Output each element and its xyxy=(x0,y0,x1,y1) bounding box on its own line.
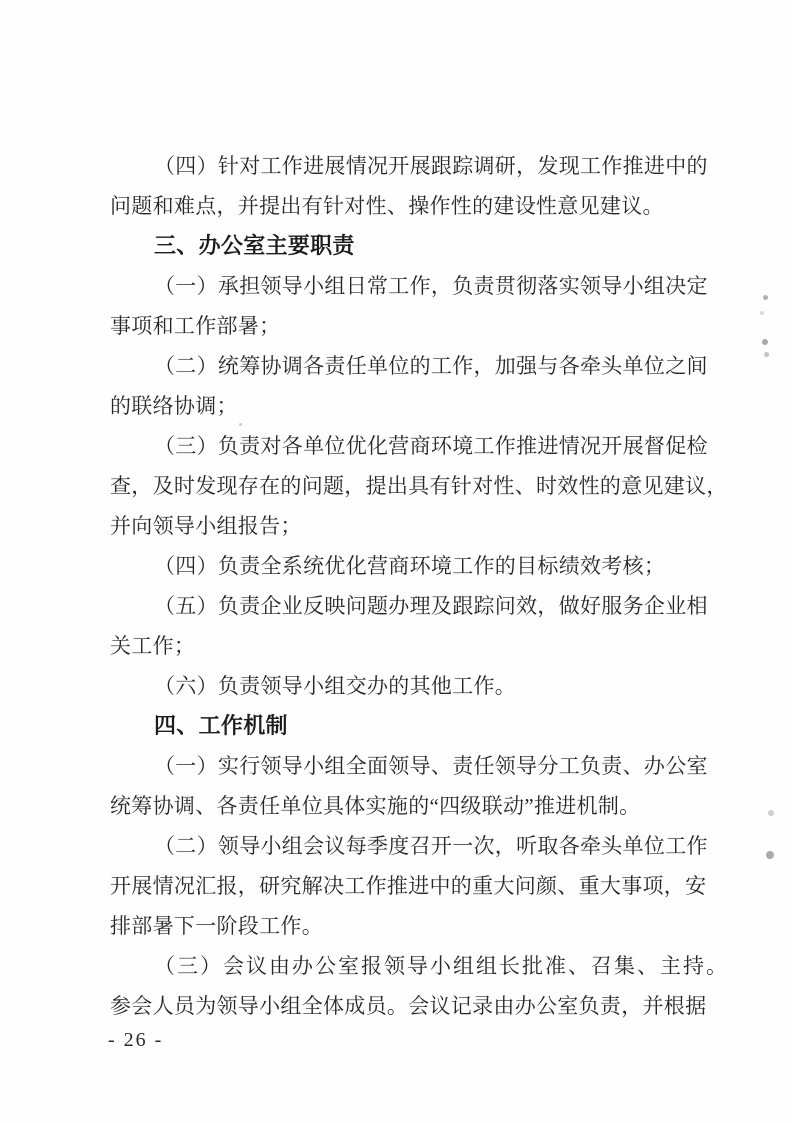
text-line: 统筹协调、各责任单位具体实施的“四级联动”推进机制。 xyxy=(110,786,710,826)
section-heading: 三、办公室主要职责 xyxy=(110,226,710,266)
scanned-document-page: （四）针对工作进展情况开展跟踪调研，发现工作推进中的问题和难点，并提出有针对性、… xyxy=(0,0,792,1123)
text-line: （一）承担领导小组日常工作，负责贯彻落实领导小组决定 xyxy=(110,266,710,306)
section-heading: 四、工作机制 xyxy=(110,706,710,746)
scan-artifact xyxy=(760,311,764,315)
text-line: （一）实行领导小组全面领导、责任领导分工负责、办公室 xyxy=(110,746,710,786)
text-line: （二）统筹协调各责任单位的工作，加强与各牵头单位之间 xyxy=(110,346,710,386)
text-line: 开展情况汇报，研究解决工作推进中的重大问颜、重大事项，安 xyxy=(110,866,710,906)
text-line: 关工作； xyxy=(110,626,710,666)
text-line: （四）针对工作进展情况开展跟踪调研，发现工作推进中的 xyxy=(110,146,710,186)
scan-artifact xyxy=(764,352,769,357)
text-line: 参会人员为领导小组全体成员。会议记录由办公室负责，并根据 xyxy=(110,986,710,1026)
scan-artifact xyxy=(766,851,774,859)
text-line: 并向领导小组报告； xyxy=(110,506,710,546)
text-line: （五）负责企业反映问题办理及跟踪问效，做好服务企业相 xyxy=(110,586,710,626)
text-line: （二）领导小组会议每季度召开一次，听取各牵头单位工作 xyxy=(110,826,710,866)
text-line: （六）负责领导小组交办的其他工作。 xyxy=(110,666,710,706)
text-line: （四）负责全系统优化营商环境工作的目标绩效考核； xyxy=(110,546,710,586)
text-line: 事项和工作部暑； xyxy=(110,306,710,346)
scan-artifact xyxy=(239,423,242,426)
text-line: 问题和难点，并提出有针对性、操作性的建设性意见建议。 xyxy=(110,186,710,226)
text-line: 排部暑下一阶段工作。 xyxy=(110,906,710,946)
page-number: - 26 - xyxy=(108,1024,163,1056)
scan-artifact xyxy=(768,810,774,816)
scan-artifact xyxy=(762,339,768,345)
document-body: （四）针对工作进展情况开展跟踪调研，发现工作推进中的问题和难点，并提出有针对性、… xyxy=(110,146,710,1026)
scan-artifact xyxy=(763,295,768,300)
text-line: 查，及时发现存在的问题，提出具有针对性、时效性的意见建议， xyxy=(110,466,710,506)
text-line: （三）会议由办公室报领导小组组长批准、召集、主持。 xyxy=(110,946,710,986)
text-line: 的联络协调； xyxy=(110,386,710,426)
text-line: （三）负责对各单位优化营商环境工作推进情况开展督促检 xyxy=(110,426,710,466)
